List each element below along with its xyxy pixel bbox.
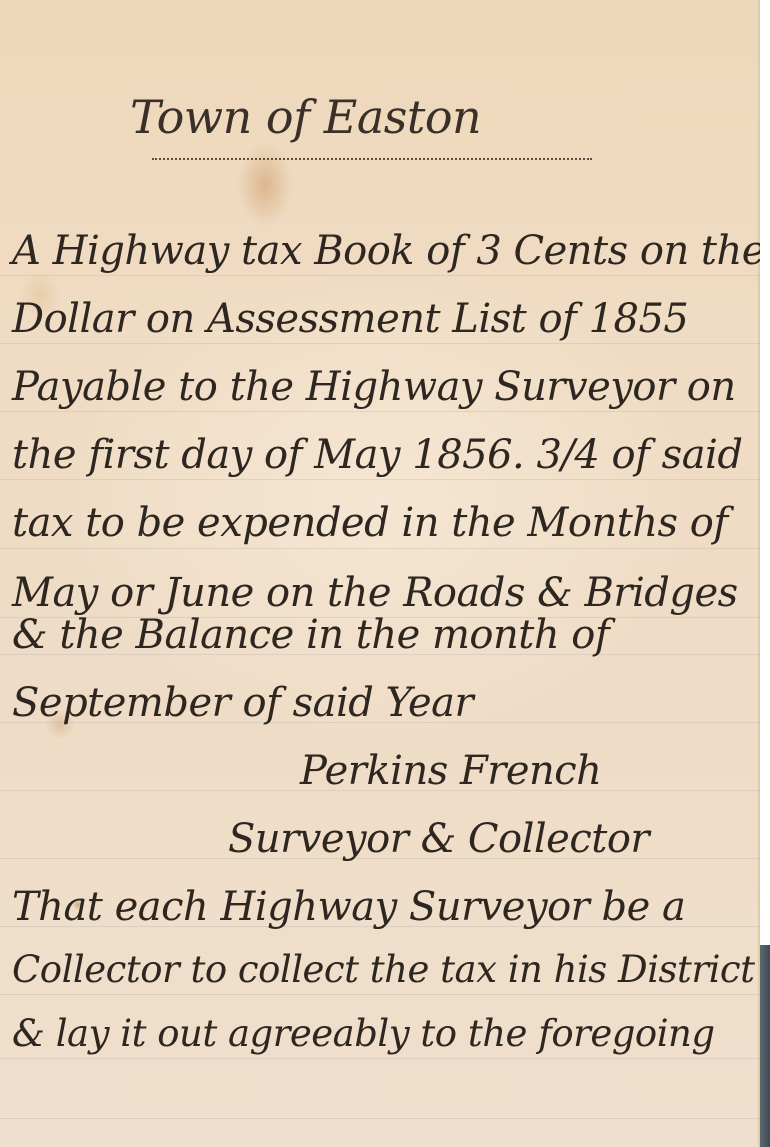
ruled-line xyxy=(0,1058,760,1059)
title-underline xyxy=(152,155,592,160)
paragraph-line: Payable to the Highway Surveyor on xyxy=(12,364,736,410)
manuscript-page: Town of Easton A Highway tax Book of 3 C… xyxy=(0,0,760,1147)
signature-name: Perkins French xyxy=(300,748,601,794)
resolution-line: & lay it out agreeably to the foregoing xyxy=(12,1012,715,1055)
ruled-line xyxy=(0,343,760,344)
resolution-line: That each Highway Surveyor be a xyxy=(12,884,685,930)
resolution-line: Collector to collect the tax in his Dist… xyxy=(12,948,755,991)
ruled-line xyxy=(0,548,760,549)
paragraph-line: Dollar on Assessment List of 1855 xyxy=(12,296,688,342)
paragraph-line: the first day of May 1856. 3/4 of said xyxy=(12,432,742,478)
ruled-line xyxy=(0,275,760,276)
paragraph-line: A Highway tax Book of 3 Cents on the xyxy=(12,228,765,274)
paragraph-line: tax to be expended in the Months of xyxy=(12,500,728,546)
page-edge-background xyxy=(760,0,770,945)
paragraph-line: September of said Year xyxy=(12,680,473,726)
paragraph-line: & the Balance in the month of xyxy=(12,612,609,658)
ruled-line xyxy=(0,1118,760,1119)
ruled-line xyxy=(0,411,760,412)
ruled-line xyxy=(0,994,760,995)
document-title: Town of Easton xyxy=(130,90,481,144)
signature-role: Surveyor & Collector xyxy=(228,816,649,862)
binding-edge xyxy=(760,945,770,1147)
paragraph-line: May or June on the Roads & Bridges xyxy=(12,570,738,616)
ruled-line xyxy=(0,479,760,480)
